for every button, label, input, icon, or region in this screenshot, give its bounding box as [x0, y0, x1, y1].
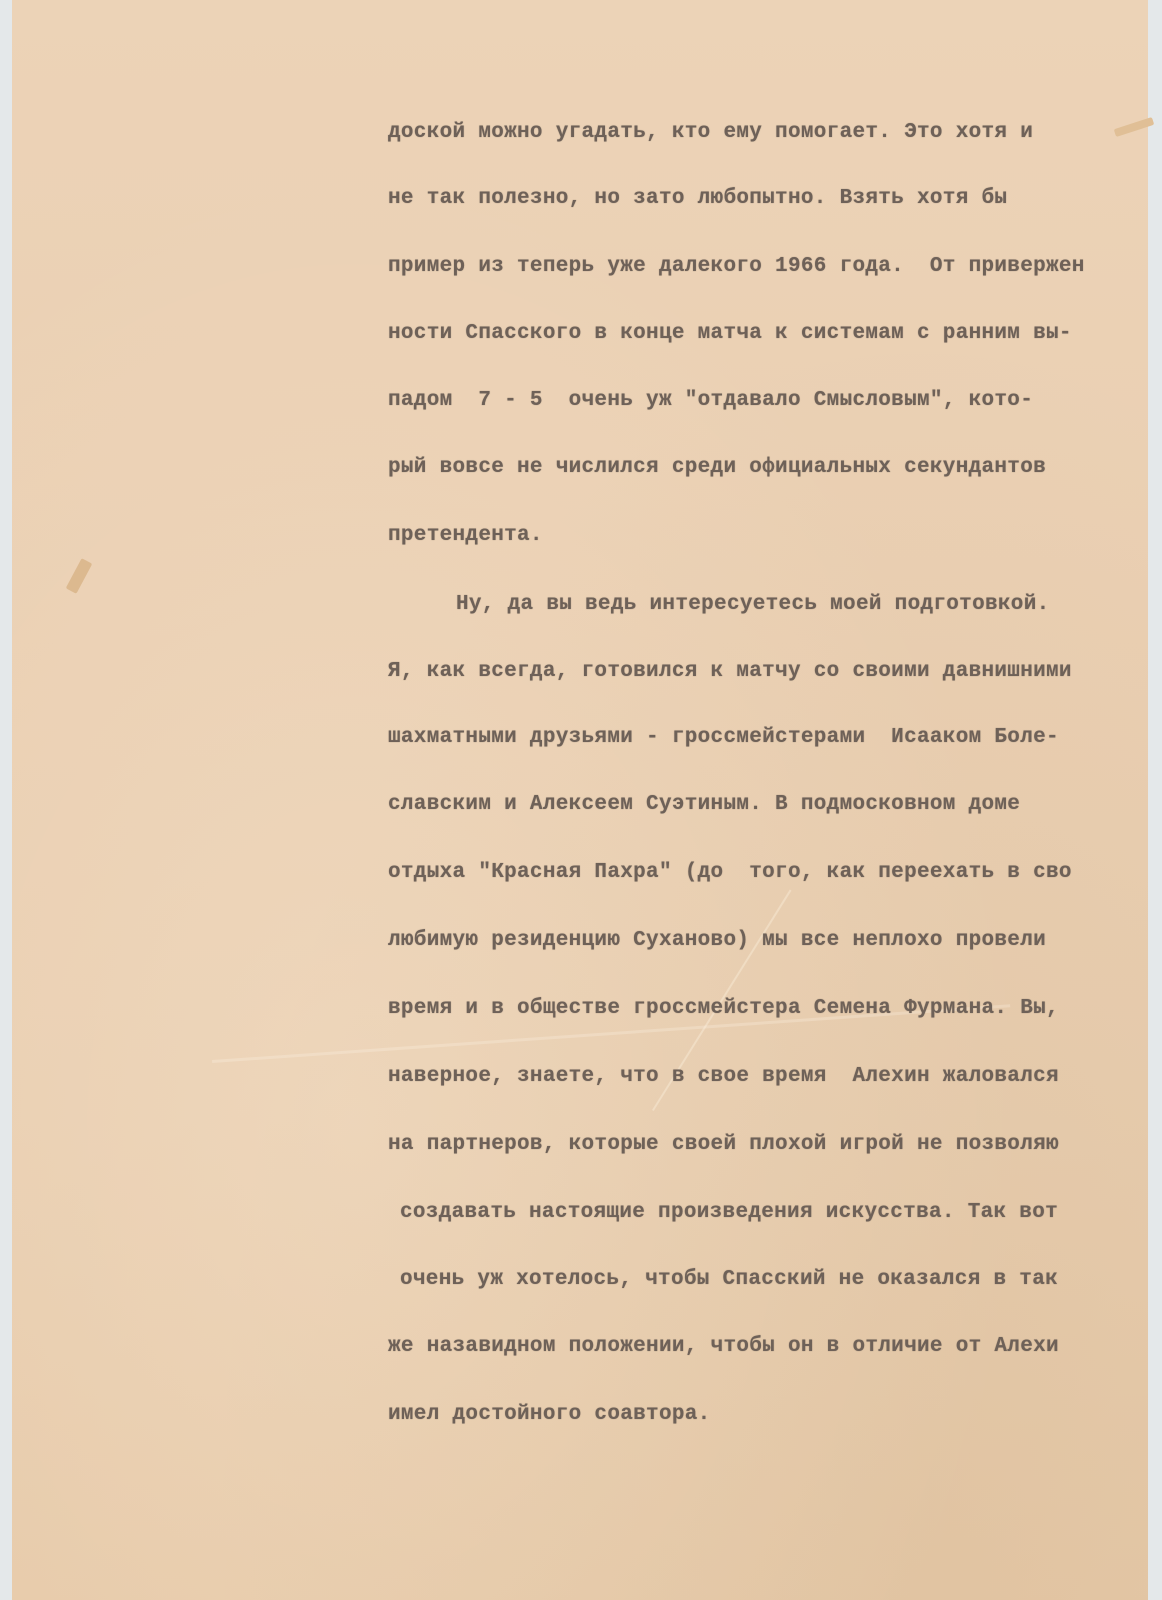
text-line: создавать настоящие произведения искусст… [400, 1199, 1058, 1227]
text-line: наверное, знаете, что в свое время Алехи… [388, 1063, 1059, 1091]
paper-tear [66, 558, 93, 594]
text-line: ности Спасского в конце матча к системам… [388, 320, 1072, 348]
paragraph-start-line: Ну, да вы ведь интересуетесь моей подгот… [456, 591, 1050, 619]
text-line: доской можно угадать, кто ему помогает. … [388, 119, 1033, 147]
text-line: отдыха "Красная Пахра" (до того, как пер… [388, 859, 1072, 887]
text-line: Я, как всегда, готовился к матчу со свои… [388, 658, 1072, 686]
text-line: пример из теперь уже далекого 1966 года.… [388, 253, 1085, 281]
text-line: очень уж хотелось, чтобы Спасский не ока… [400, 1266, 1058, 1294]
text-line: имел достойного соавтора. [388, 1401, 711, 1429]
text-line: славским и Алексеем Суэтиным. В подмоско… [388, 791, 1020, 819]
text-line: рый вовсе не числился среди официальных … [388, 454, 1046, 482]
text-line: шахматными друзьями - гроссмейстерами Ис… [388, 724, 1059, 752]
text-line: падом 7 - 5 очень уж "отдавало Смысловым… [388, 387, 1033, 415]
paper-tear [1114, 117, 1155, 137]
text-line: время и в обществе гроссмейстера Семена … [388, 995, 1059, 1023]
text-line: на партнеров, которые своей плохой игрой… [388, 1131, 1059, 1159]
text-line: претендента. [388, 522, 543, 550]
text-line: не так полезно, но зато любопытно. Взять… [388, 185, 1007, 213]
text-line: же назавидном положении, чтобы он в отли… [388, 1333, 1059, 1361]
text-line: любимую резиденцию Суханово) мы все непл… [388, 927, 1046, 955]
